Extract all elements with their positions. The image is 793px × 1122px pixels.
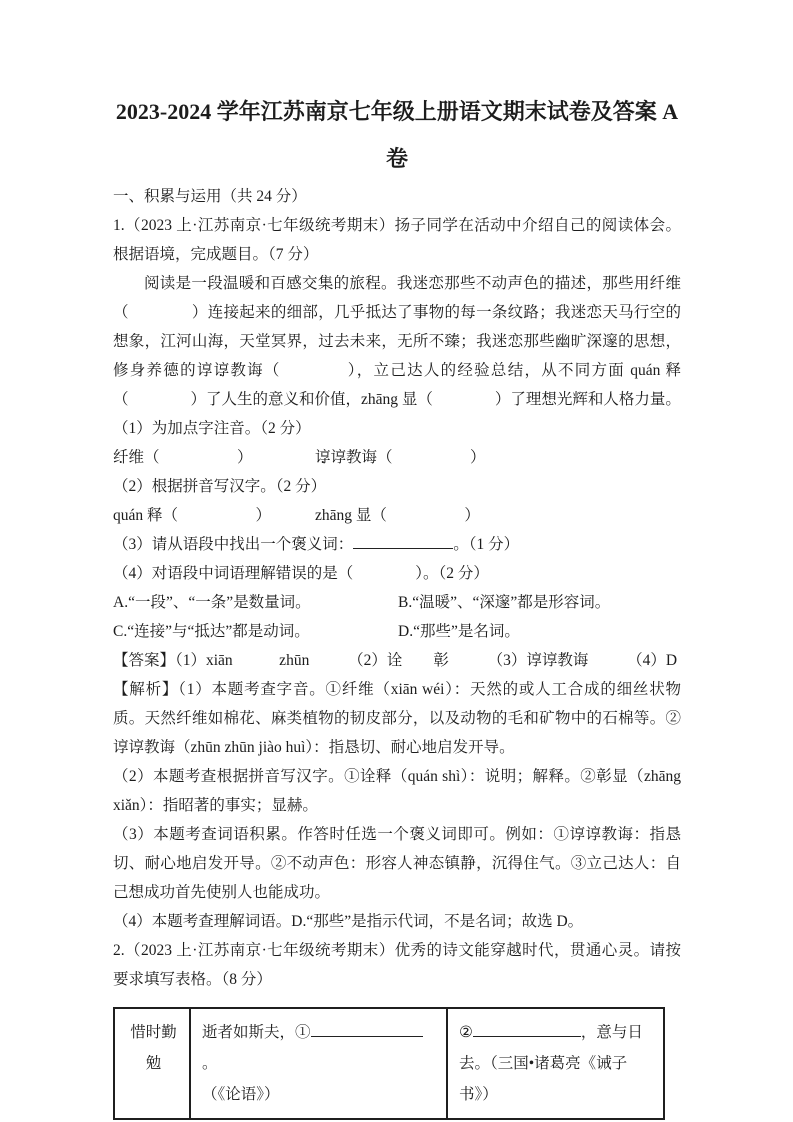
subquestion-1-label: （1）为加点字注音。（2 分） [113, 414, 681, 443]
reading-passage: 阅读是一段温暖和百感交集的旅程。我迷恋那些不动声色的描述，那些用纤维（ ）连接起… [113, 269, 681, 414]
option-d: D.“那些”是名词。 [398, 617, 681, 646]
cell-quote-2: ②，意与日去。（三国•诸葛亮《诫子书》） [447, 1008, 664, 1119]
options-row-cd: C.“连接”与“抵达”都是动词。 D.“那些”是名词。 [113, 617, 681, 646]
answer-blank [311, 1021, 423, 1037]
pinyin-item-2: 谆谆教诲（ ） [315, 443, 681, 472]
question-1-stem: 1.（2023 上·江苏南京·七年级统考期末）扬子同学在活动中介绍自己的阅读体会… [113, 211, 681, 269]
hanzi-item-2: zhāng 显（ ） [315, 501, 681, 530]
options-row-ab: A.“一段”、“一条”是数量词。 B.“温暖”、“深邃”都是形容词。 [113, 588, 681, 617]
option-c: C.“连接”与“抵达”都是动词。 [113, 617, 398, 646]
page-title: 2023-2024 学年江苏南京七年级上册语文期末试卷及答案 A 卷 [113, 88, 681, 182]
cell-quote-1: 逝者如斯夫，①。（《论语》） [190, 1008, 447, 1119]
subquestion-3: （3）请从语段中找出一个褒义词：。（1 分） [113, 530, 681, 559]
section-heading: 一、积累与运用（共 24 分） [113, 182, 681, 211]
question-2-stem: 2.（2023 上·江苏南京·七年级统考期末）优秀的诗文能穿越时代，贯通心灵。请… [113, 936, 681, 994]
analysis-paragraph-2: （2）本题考查根据拼音写汉字。①诠释（quán shì）：说明；解释。②彰显（z… [113, 762, 681, 820]
pinyin-item-1: 纤维（ ） [113, 443, 315, 472]
pinyin-answer-row: 纤维（ ） 谆谆教诲（ ） [113, 443, 681, 472]
title-line-2: 卷 [113, 135, 681, 182]
option-b: B.“温暖”、“深邃”都是形容词。 [398, 588, 681, 617]
title-line-1: 2023-2024 学年江苏南京七年级上册语文期末试卷及答案 A [113, 88, 681, 135]
document-content: 2023-2024 学年江苏南京七年级上册语文期末试卷及答案 A 卷 一、积累与… [0, 0, 793, 1120]
exam-document-page: 2023-2024 学年江苏南京七年级上册语文期末试卷及答案 A 卷 一、积累与… [0, 0, 793, 1122]
subquestion-4: （4）对语段中词语理解错误的是（ ）。（2 分） [113, 559, 681, 588]
option-a: A.“一段”、“一条”是数量词。 [113, 588, 398, 617]
hanzi-item-1: quán 释（ ） [113, 501, 315, 530]
fill-in-table: 惜时勤勉 逝者如斯夫，①。（《论语》） ②，意与日去。（三国•诸葛亮《诫子书》） [113, 1007, 665, 1120]
subquestion-2-label: （2）根据拼音写汉字。（2 分） [113, 472, 681, 501]
answer-blank [473, 1021, 581, 1037]
answer-blank [353, 533, 453, 549]
analysis-paragraph-4: （4）本题考查理解词语。D.“那些”是指示代词，不是名词；故选 D。 [113, 907, 681, 936]
analysis-paragraph-1: 【解析】（1）本题考查字音。①纤维（xiān wéi）：天然的或人工合成的细丝状… [113, 675, 681, 762]
answer-line: 【答案】（1）xiān zhūn （2）诠 彰 （3）谆谆教诲 （4）D [113, 646, 681, 675]
hanzi-answer-row: quán 释（ ） zhāng 显（ ） [113, 501, 681, 530]
table-row: 惜时勤勉 逝者如斯夫，①。（《论语》） ②，意与日去。（三国•诸葛亮《诫子书》） [114, 1008, 664, 1119]
analysis-paragraph-3: （3）本题考查词语积累。作答时任选一个褒义词即可。例如：①谆谆教诲：指恳切、耐心… [113, 820, 681, 907]
cell-theme: 惜时勤勉 [114, 1008, 190, 1119]
